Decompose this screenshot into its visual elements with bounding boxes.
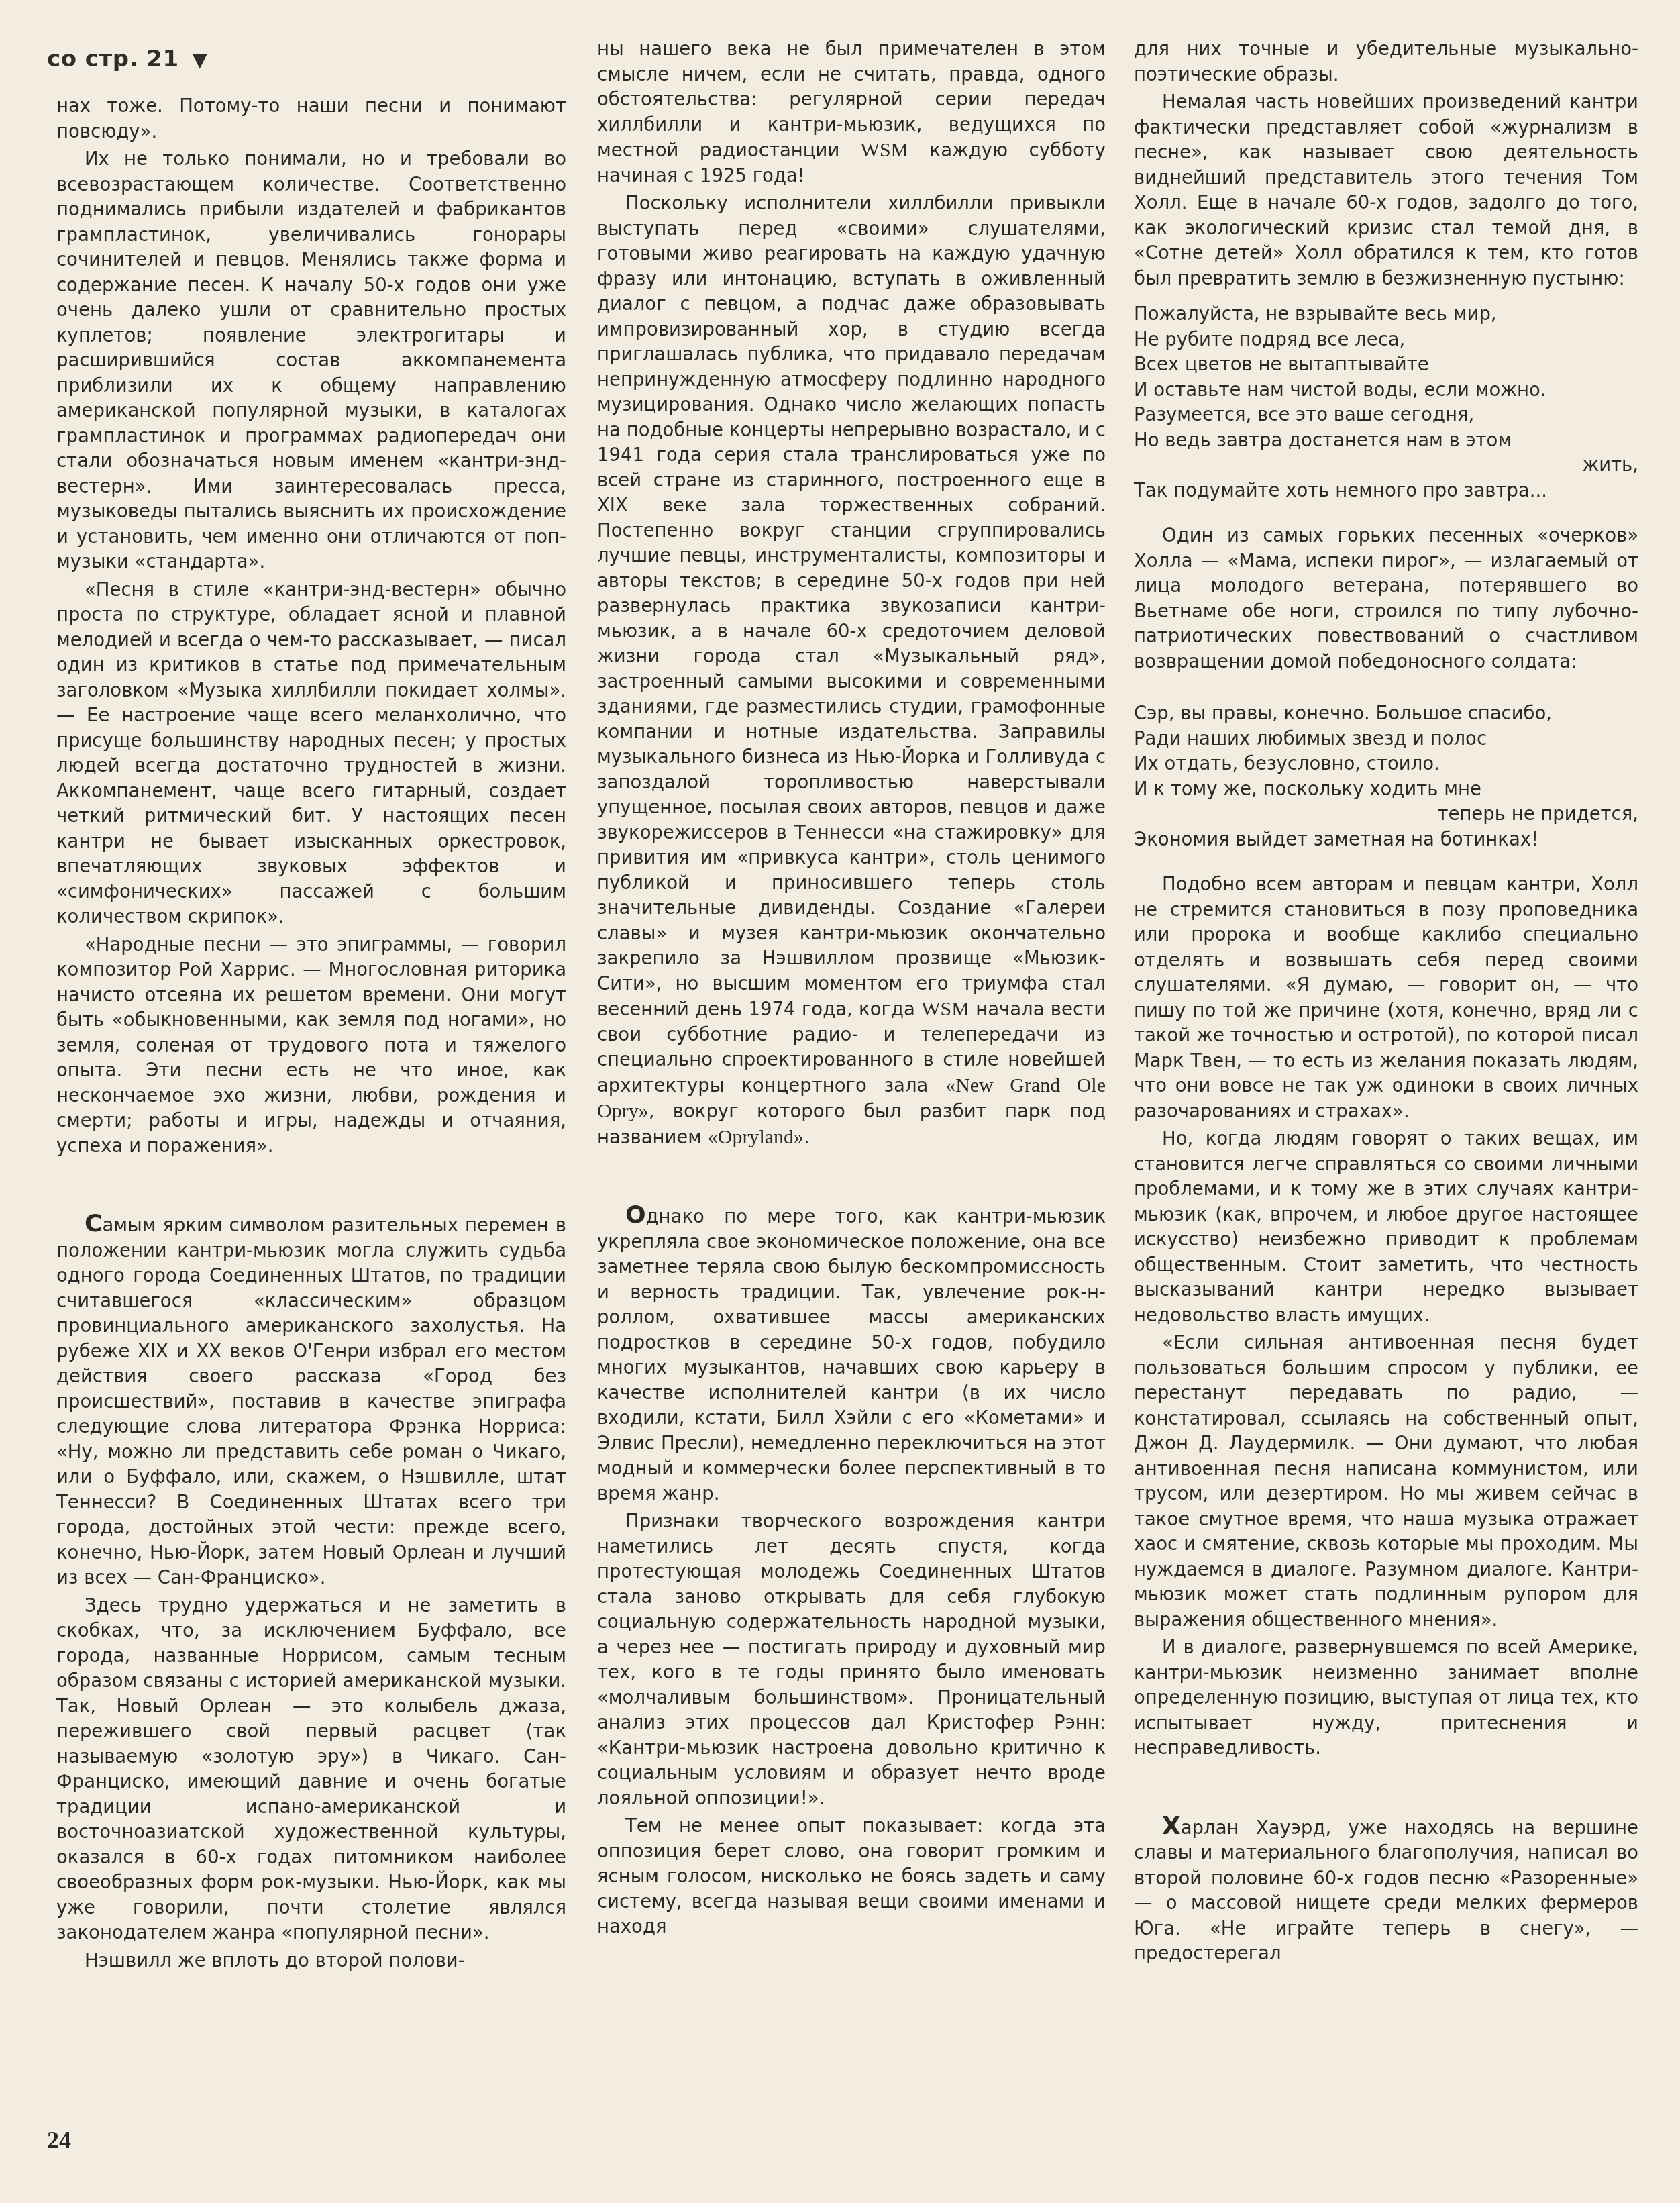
- verse-line: Так подумайте хоть немного про завтра...: [1134, 478, 1638, 504]
- verse-line: Разумеется, все это ваше сегодня,: [1134, 403, 1638, 428]
- paragraph: нах тоже. Потому-то наши песни и понимаю…: [56, 94, 566, 144]
- paragraph: Их не только понимали, но и требовали во…: [56, 147, 566, 575]
- section-paragraph: Харлан Хауэрд, уже находясь на вершине с…: [1134, 1814, 1638, 1967]
- verse-line: Сэр, вы правы, конечно. Большое спасибо,: [1134, 701, 1638, 727]
- paragraph: Тем не менее опыт показывает: когда эта …: [597, 1814, 1106, 1940]
- song-lyrics-verse-1: Пожалуйста, не взрывайте весь мир, Не ру…: [1134, 302, 1638, 503]
- verse-line: И оставьте нам чистой воды, если можно.: [1134, 378, 1638, 403]
- verse-line: Их отдать, безусловно, стоило.: [1134, 752, 1638, 777]
- article-column-1: нах тоже. Потому-то наши песни и понимаю…: [56, 94, 566, 1976]
- section-paragraph: Самым ярким символом разительных перемен…: [56, 1211, 566, 1591]
- page-number: 24: [47, 2126, 71, 2154]
- paragraph: И в диалоге, развернувшемся по всей Амер…: [1134, 1635, 1638, 1761]
- station-name: WSM: [861, 139, 909, 161]
- paragraph: «Народные песни — это эпиграммы, — говор…: [56, 933, 566, 1160]
- article-column-3: для них точные и убедительные музыкально…: [1134, 37, 1638, 1969]
- paragraph: «Песня в стиле «кантри-энд-вестерн» обыч…: [56, 578, 566, 930]
- paragraph: Нэшвилл же вплоть до второй полови-: [56, 1949, 566, 1974]
- article-column-2: ны нашего века не был примечателен в это…: [597, 37, 1106, 1943]
- verse-line: И к тому же, поскольку ходить мне: [1134, 777, 1638, 803]
- verse-line: жить,: [1134, 453, 1638, 478]
- verse-line: Всех цветов не вытаптывайте: [1134, 352, 1638, 378]
- paragraph: для них точные и убедительные музыкально…: [1134, 37, 1638, 87]
- park-name: «Opryland»: [708, 1126, 804, 1148]
- paragraph: ны нашего века не был примечателен в это…: [597, 37, 1106, 189]
- drop-cap: О: [625, 1201, 646, 1229]
- verse-line: Пожалуйста, не взрывайте весь мир,: [1134, 302, 1638, 327]
- paragraph: Подобно всем авторам и певцам кантри, Хо…: [1134, 872, 1638, 1124]
- verse-line: Ради наших любимых звезд и полос: [1134, 727, 1638, 752]
- continued-from-text: со стр. 21: [47, 46, 179, 72]
- drop-cap: Х: [1162, 1812, 1181, 1840]
- paragraph: «Если сильная антивоенная песня будет по…: [1134, 1331, 1638, 1633]
- triangle-down-icon: ▼: [193, 49, 207, 71]
- verse-line: Не рубите подряд все леса,: [1134, 327, 1638, 353]
- drop-cap: С: [85, 1210, 102, 1237]
- paragraph: Поскольку исполнители хиллбилли привыкли…: [597, 191, 1106, 1150]
- paragraph: Признаки творческого возрождения кантри …: [597, 1509, 1106, 1811]
- verse-line: Но ведь завтра достанется нам в этом: [1134, 428, 1638, 454]
- magazine-page: со стр. 21 ▼ нах тоже. Потому-то наши пе…: [0, 0, 1680, 2203]
- song-lyrics-verse-2: Сэр, вы правы, конечно. Большое спасибо,…: [1134, 701, 1638, 852]
- verse-line: Экономия выйдет заметная на ботинках!: [1134, 827, 1638, 853]
- verse-line: теперь не придется,: [1134, 802, 1638, 827]
- station-name: WSM: [921, 998, 969, 1020]
- paragraph: Один из самых горьких песенных «очерков»…: [1134, 523, 1638, 674]
- paragraph: Здесь трудно удержаться и не заметить в …: [56, 1594, 566, 1946]
- paragraph: Но, когда людям говорят о таких вещах, и…: [1134, 1127, 1638, 1328]
- paragraph: Немалая часть новейших произведений кант…: [1134, 90, 1638, 291]
- continued-from-marker: со стр. 21 ▼: [47, 46, 207, 72]
- section-paragraph: Однако по мере того, как кантри-мьюзик у…: [597, 1202, 1106, 1506]
